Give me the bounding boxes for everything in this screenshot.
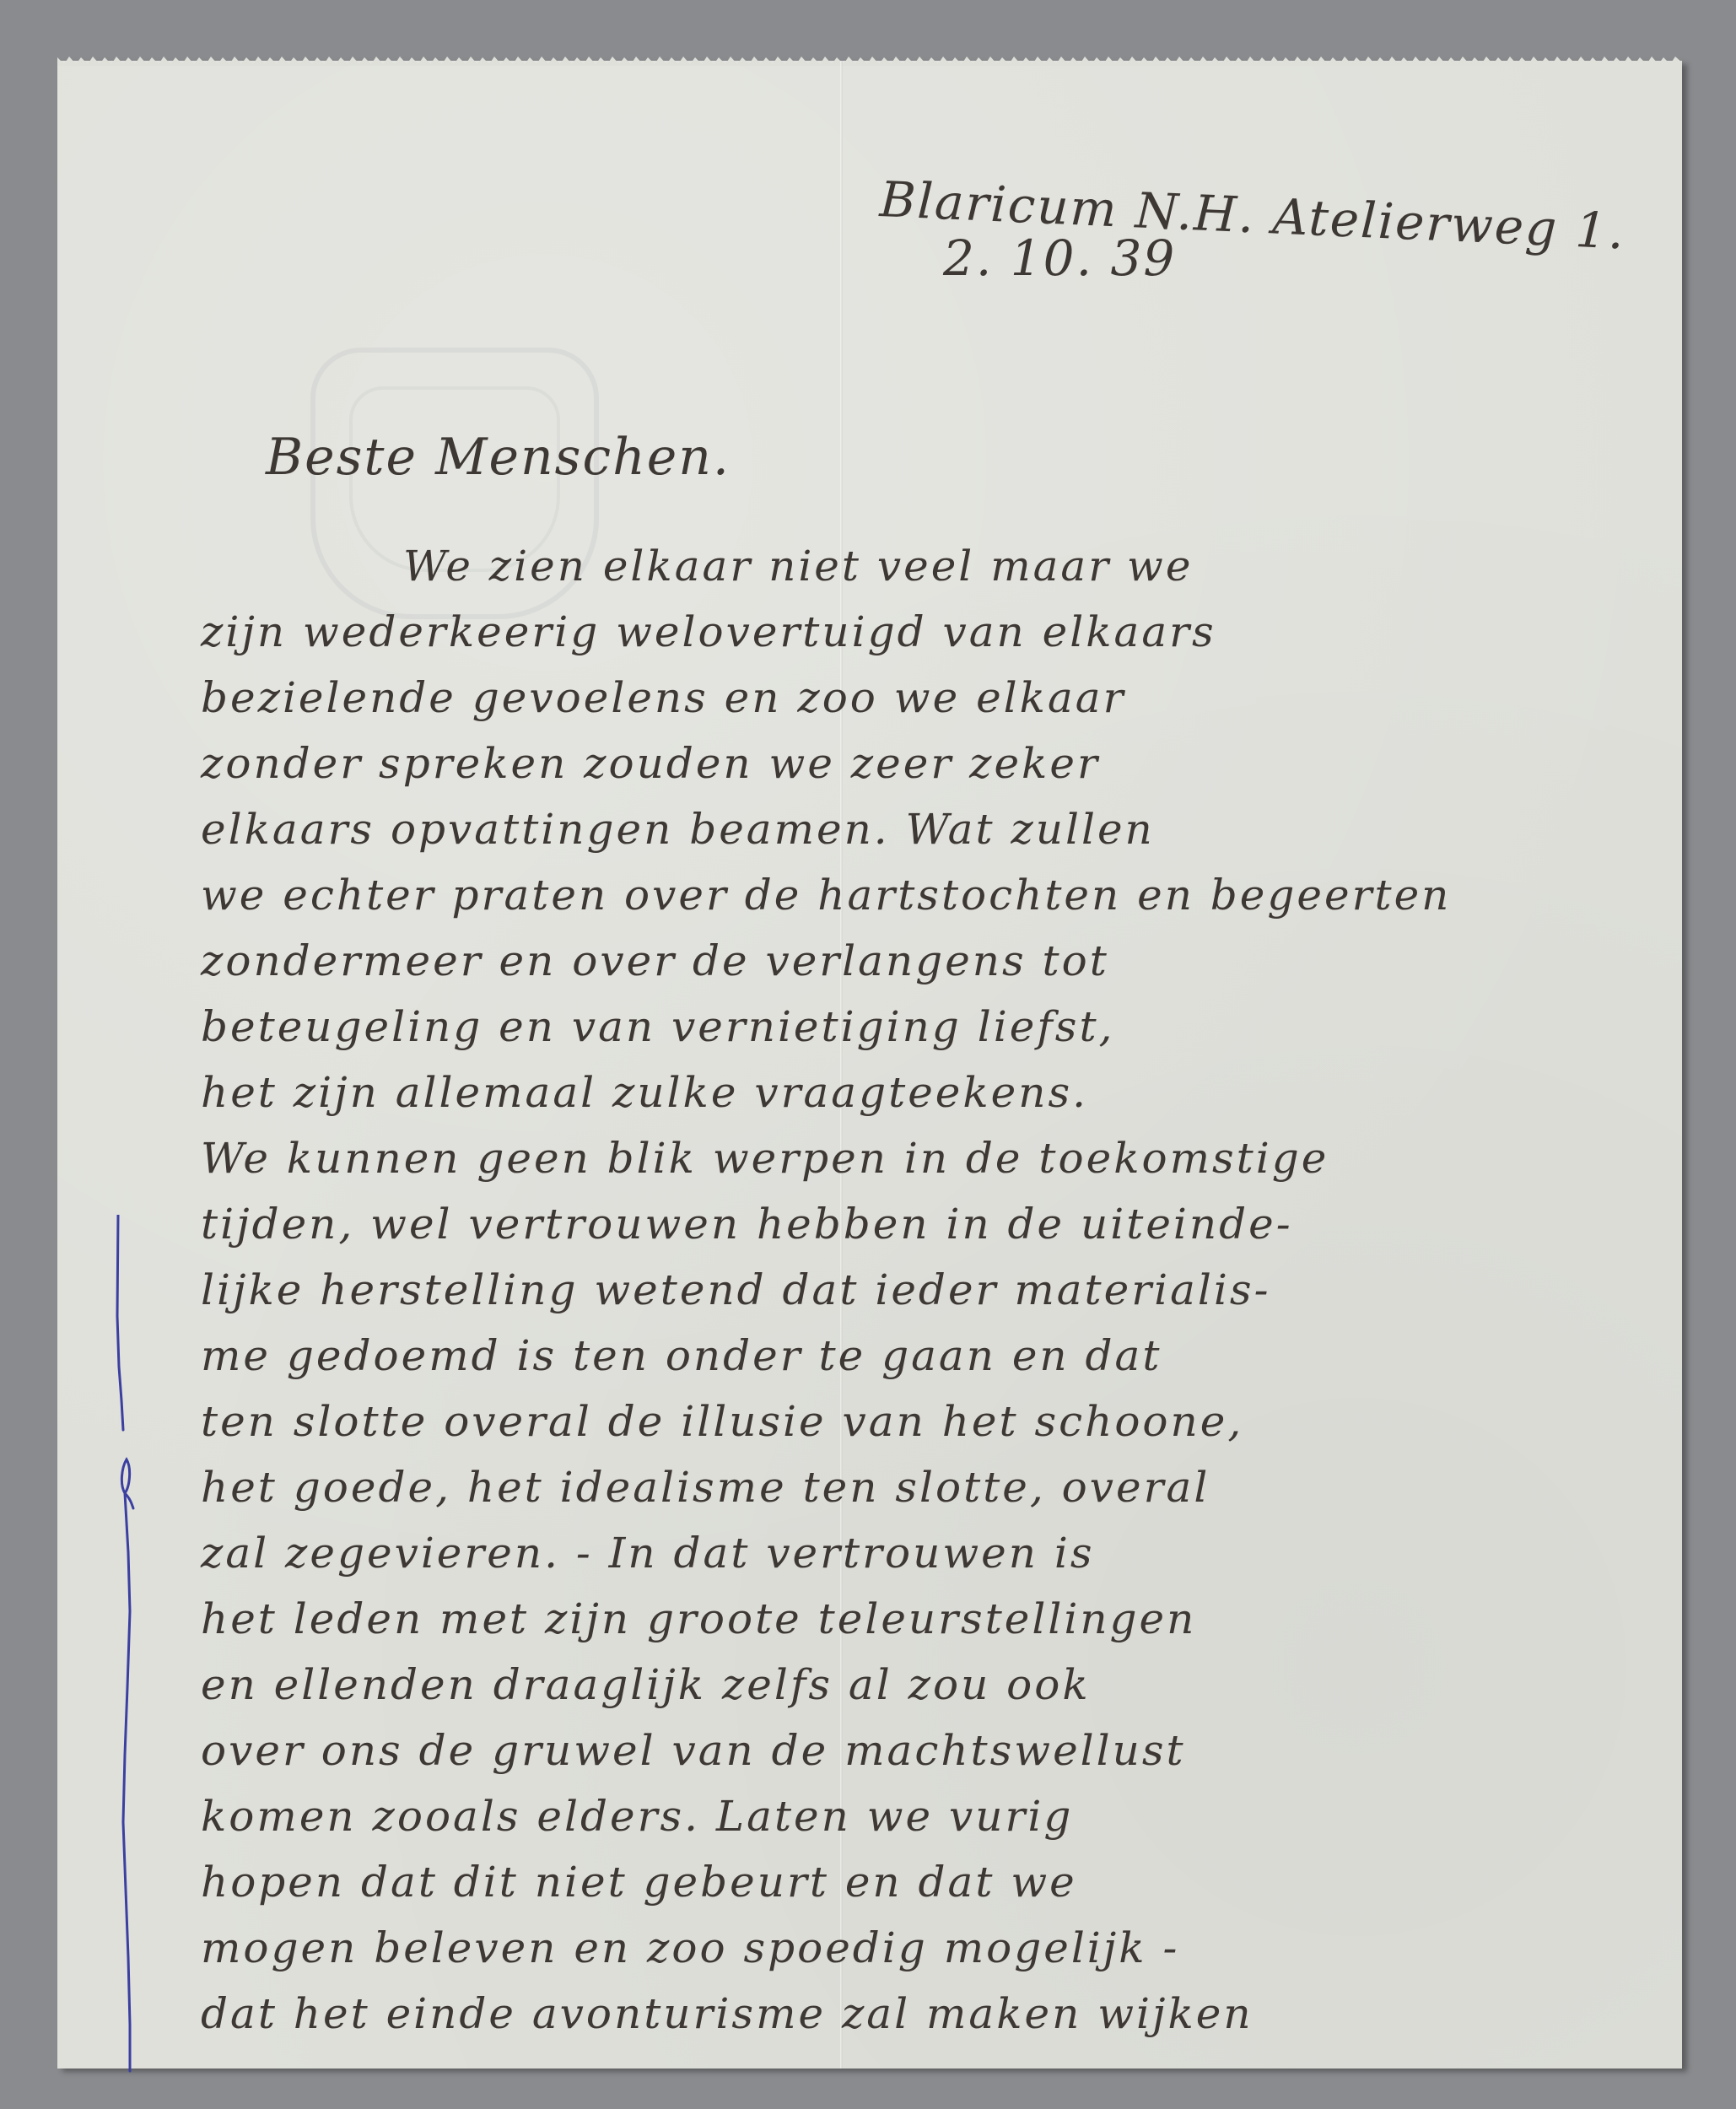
body-line-3: bezielende gevoelens en zoo we elkaar — [201, 673, 1125, 722]
letter-page: Blaricum N.H. Atelierweg 1. 2. 10. 39 Be… — [57, 61, 1682, 2069]
body-line-1: We zien elkaar niet veel maar we — [403, 542, 1193, 591]
body-line-9: het zijn allemaal zulke vraagteekens. — [201, 1068, 1088, 1117]
body-line-6: we echter praten over de hartstochten en… — [201, 871, 1451, 920]
serrated-top-edge — [57, 54, 1682, 66]
body-line-19: over ons de gruwel van de machtswellust — [201, 1726, 1186, 1775]
letter-salutation: Beste Menschen. — [266, 428, 731, 487]
body-line-4: zonder spreken zouden we zeer zeker — [201, 739, 1100, 788]
body-line-5: elkaars opvattingen beamen. Wat zullen — [201, 805, 1155, 854]
body-line-13: me gedoemd is ten onder te gaan en dat — [201, 1331, 1162, 1380]
body-line-8: beteugeling en van vernietiging liefst, — [201, 1002, 1114, 1051]
blue-pen-margin-line — [115, 1215, 148, 2075]
body-line-18: en ellenden draaglijk zelfs al zou ook — [201, 1660, 1091, 1709]
body-line-22: mogen beleven en zoo spoedig mogelijk - — [201, 1923, 1179, 1972]
body-line-11: tijden, wel vertrouwen hebben in de uite… — [201, 1200, 1293, 1249]
letter-date: 2. 10. 39 — [943, 229, 1176, 287]
body-line-2: zijn wederkeerig welovertuigd van elkaar… — [201, 607, 1216, 656]
body-line-15: het goede, het idealisme ten slotte, ove… — [201, 1463, 1210, 1512]
body-line-7: zondermeer en over de verlangens tot — [201, 936, 1109, 985]
body-line-12: lijke herstelling wetend dat ieder mater… — [201, 1265, 1270, 1314]
body-line-16: zal zegevieren. - In dat vertrouwen is — [201, 1529, 1094, 1578]
body-line-23: dat het einde avonturisme zal maken wijk… — [201, 1989, 1253, 2038]
body-line-10: We kunnen geen blik werpen in de toekoms… — [201, 1134, 1329, 1183]
body-line-14: ten slotte overal de illusie van het sch… — [201, 1397, 1243, 1446]
body-line-21: hopen dat dit niet gebeurt en dat we — [201, 1858, 1077, 1907]
body-line-20: komen zooals elders. Laten we vurig — [201, 1792, 1073, 1841]
body-line-17: het leden met zijn groote teleurstelling… — [201, 1594, 1196, 1643]
